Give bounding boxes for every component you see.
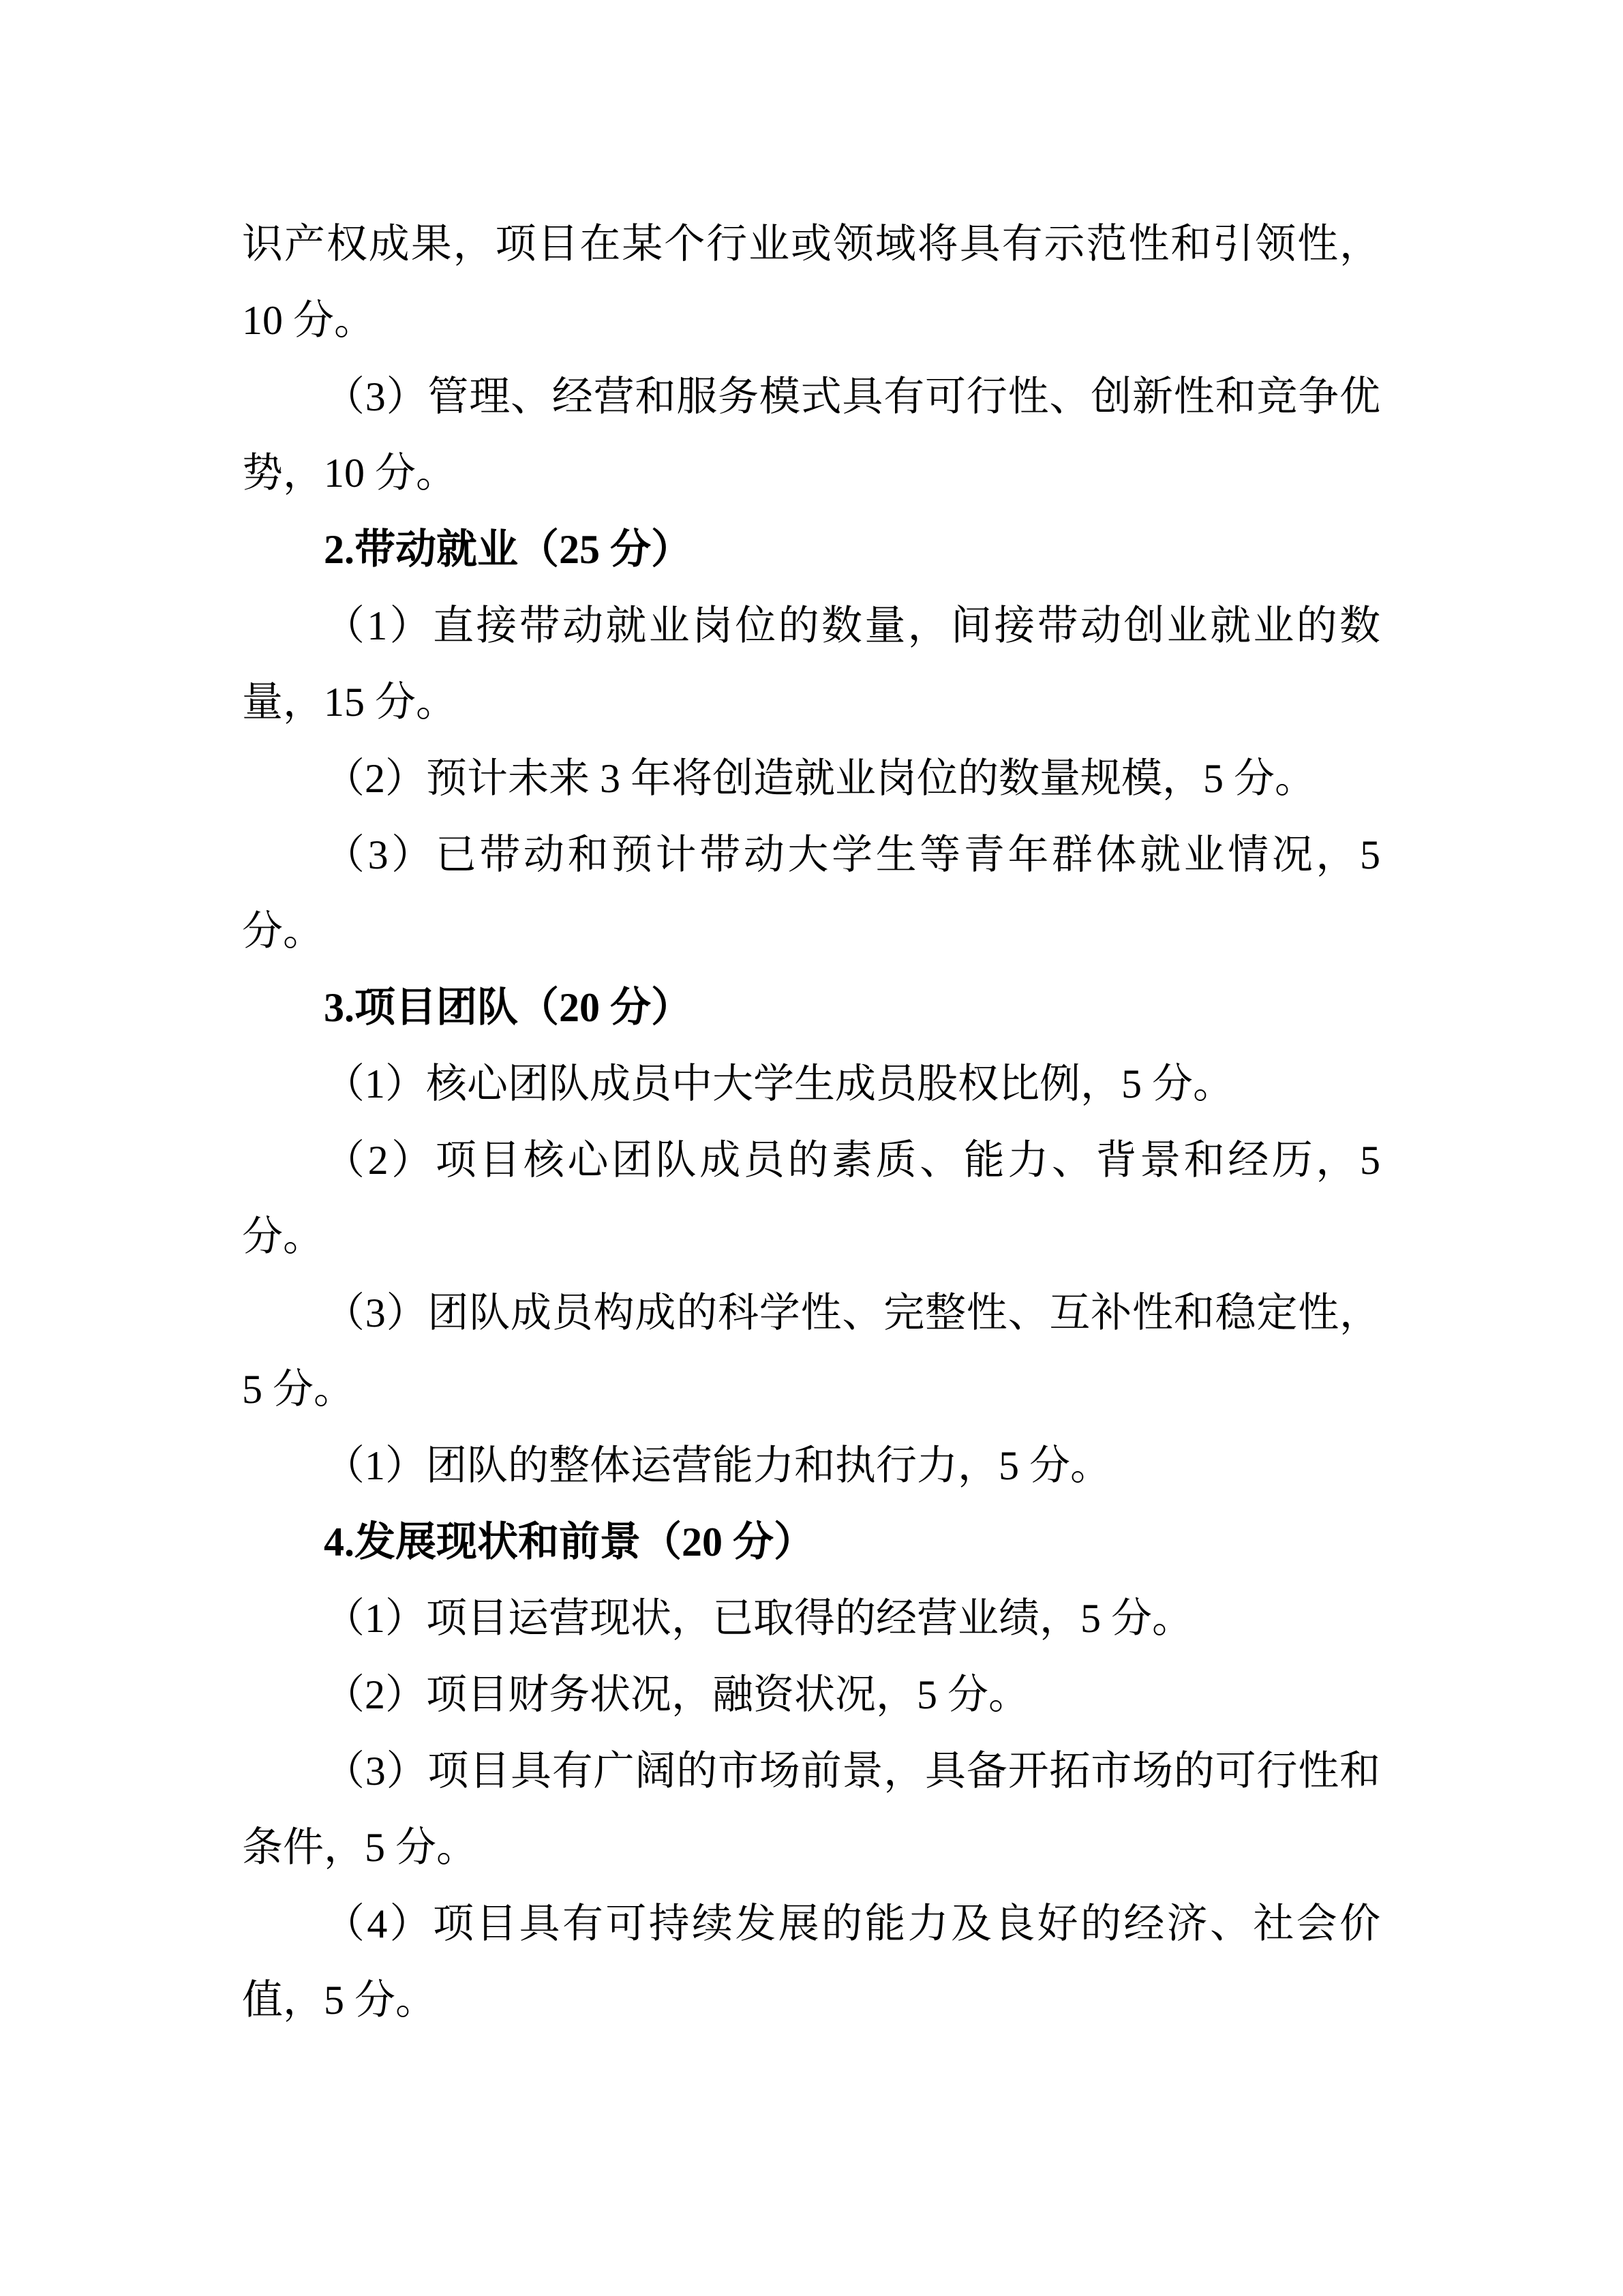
- document-line: 5 分。: [242, 1351, 1380, 1428]
- document-line: （3）管理、经营和服务模式具有可行性、创新性和竞争优: [242, 359, 1380, 435]
- document-line: 势，10 分。: [242, 435, 1380, 511]
- document-line: （4）项目具有可持续发展的能力及良好的经济、社会价: [242, 1886, 1380, 1962]
- document-line: 条件，5 分。: [242, 1809, 1380, 1886]
- document-line: （1）直接带动就业岗位的数量，间接带动创业就业的数: [242, 588, 1380, 664]
- document-line: 10 分。: [242, 282, 1380, 359]
- document-page: 识产权成果，项目在某个行业或领域将具有示范性和引领性，10 分。（3）管理、经营…: [0, 0, 1623, 2296]
- document-line: 4.发展现状和前景（20 分）: [242, 1504, 1380, 1580]
- document-line: （2）项目核心团队成员的素质、能力、背景和经历，5: [242, 1122, 1380, 1198]
- document-line: 识产权成果，项目在某个行业或领域将具有示范性和引领性，: [242, 206, 1380, 282]
- document-line: （2）预计未来 3 年将创造就业岗位的数量规模，5 分。: [242, 740, 1380, 817]
- document-line: （3）项目具有广阔的市场前景，具备开拓市场的可行性和: [242, 1733, 1380, 1809]
- document-line: 分。: [242, 893, 1380, 969]
- document-line: 2.带动就业（25 分）: [242, 511, 1380, 588]
- document-line: 3.项目团队（20 分）: [242, 969, 1380, 1046]
- document-line: （1）团队的整体运营能力和执行力，5 分。: [242, 1428, 1380, 1504]
- document-line: 值，5 分。: [242, 1962, 1380, 2038]
- document-line: （3）团队成员构成的科学性、完整性、互补性和稳定性，: [242, 1275, 1380, 1351]
- document-line: 量，15 分。: [242, 664, 1380, 740]
- document-line: （1）核心团队成员中大学生成员股权比例，5 分。: [242, 1046, 1380, 1122]
- document-body: 识产权成果，项目在某个行业或领域将具有示范性和引领性，10 分。（3）管理、经营…: [242, 206, 1380, 2038]
- document-line: （2）项目财务状况，融资状况，5 分。: [242, 1657, 1380, 1733]
- document-line: （3）已带动和预计带动大学生等青年群体就业情况，5: [242, 817, 1380, 893]
- document-line: 分。: [242, 1198, 1380, 1275]
- document-line: （1）项目运营现状，已取得的经营业绩，5 分。: [242, 1580, 1380, 1657]
